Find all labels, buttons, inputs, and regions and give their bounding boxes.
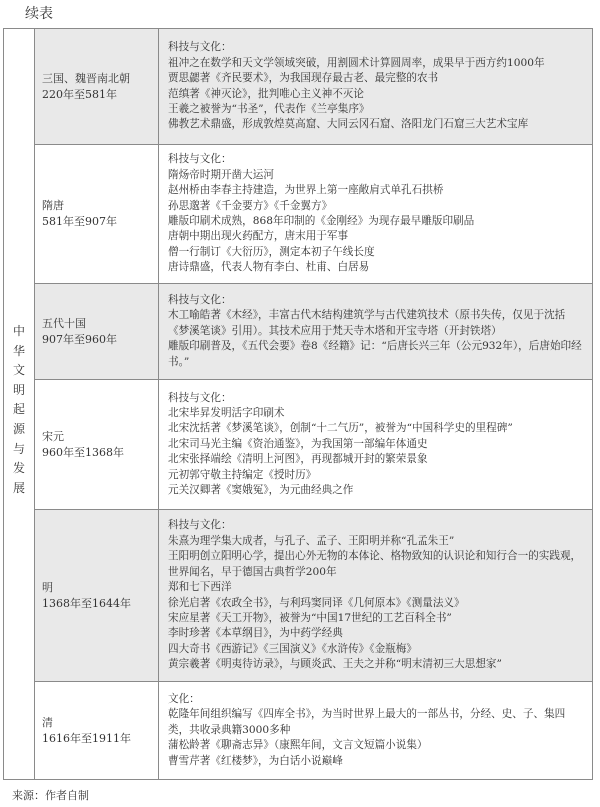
- detail-heading: 科技与文化：: [168, 391, 586, 406]
- detail-heading: 科技与文化：: [168, 293, 586, 308]
- detail-item: 木工喻皓著《木经》，丰富古代木结构建筑学与古代建筑技术（原书失传，仅见于沈括《梦…: [168, 308, 586, 339]
- detail-item: 元初郭守敬主持编定《授时历》: [168, 468, 586, 483]
- table-row: 五代十国 907年至960年 科技与文化： 木工喻皓著《木经》，丰富古代木结构建…: [35, 284, 592, 380]
- period-name: 三国、魏晋南北朝: [42, 71, 158, 87]
- period-cell: 宋元 960年至1368年: [35, 380, 159, 509]
- side-char: 展: [4, 479, 34, 499]
- side-label: 中 华 文 明 起 源 与 发 展: [4, 322, 34, 498]
- table-row: 三国、魏晋南北朝 220年至581年 科技与文化： 祖冲之在数学和天文学领域突破…: [35, 29, 592, 145]
- detail-item: 僧一行制订《大衍历》，测定本初子午线长度: [168, 245, 586, 260]
- detail-item: 四大奇书《西游记》《三国演义》《水浒传》《金瓶梅》: [168, 642, 586, 657]
- side-char: 与: [4, 440, 34, 460]
- detail-heading: 文化：: [168, 692, 586, 707]
- detail-item: 孙思邈著《千金要方》《千金翼方》: [168, 199, 586, 214]
- detail-heading: 科技与文化：: [168, 152, 586, 167]
- detail-item: 乾隆年间组织编写《四库全书》，为当时世界上最大的一部丛书，分经、史、子、集四类，…: [168, 707, 586, 738]
- period-years: 960年至1368年: [42, 445, 158, 461]
- period-name: 清: [42, 715, 158, 731]
- table-row: 隋唐 581年至907年 科技与文化： 隋炀帝时期开凿大运河 赵州桥由李春主持建…: [35, 145, 592, 284]
- period-name: 五代十国: [42, 316, 158, 332]
- detail-item: 北宋沈括著《梦溪笔谈》，创制“十二气历”，被誉为“中国科学史的里程碑”: [168, 421, 586, 436]
- detail-item: 唐朝中期出现火药配方，唐末用于军事: [168, 229, 586, 244]
- side-char: 发: [4, 459, 34, 479]
- detail-item: 王羲之被誉为“书圣”，代表作《兰亭集序》: [168, 102, 586, 117]
- side-char: 文: [4, 361, 34, 381]
- detail-cell: 科技与文化： 祖冲之在数学和天文学领域突破，用割圆术计算圆周率，成果早于西方约1…: [159, 29, 592, 144]
- period-cell: 明 1368年至1644年: [35, 510, 159, 681]
- detail-heading: 科技与文化：: [168, 518, 586, 533]
- detail-item: 隋炀帝时期开凿大运河: [168, 168, 586, 183]
- detail-cell: 科技与文化： 木工喻皓著《木经》，丰富古代木结构建筑学与古代建筑技术（原书失传，…: [159, 284, 592, 379]
- detail-cell: 科技与文化： 隋炀帝时期开凿大运河 赵州桥由李春主持建造，为世界上第一座敞肩式单…: [159, 145, 592, 283]
- period-cell: 五代十国 907年至960年: [35, 284, 159, 379]
- table-caption: 续表: [25, 3, 53, 23]
- period-cell: 清 1616年至1911年: [35, 682, 159, 779]
- detail-item: 雕版印刷普及，《五代会要》卷8《经籍》记：“后唐长兴三年（公元932年），后唐始…: [168, 339, 586, 370]
- table-row: 清 1616年至1911年 文化： 乾隆年间组织编写《四库全书》，为当时世界上最…: [35, 682, 592, 779]
- detail-item: 朱熹为理学集大成者，与孔子、孟子、王阳明并称“孔孟朱王”: [168, 534, 586, 549]
- detail-item: 李时珍著《本草纲目》，为中药学经典: [168, 626, 586, 641]
- detail-item: 黄宗羲著《明夷待访录》，与顾炎武、王夫之并称“明末清初三大思想家”: [168, 657, 586, 672]
- detail-item: 元关汉卿著《窦娥冤》，为元曲经典之作: [168, 483, 586, 498]
- period-years: 1368年至1644年: [42, 596, 158, 612]
- detail-item: 郑和七下西洋: [168, 580, 586, 595]
- detail-item: 曹雪芹著《红楼梦》，为白话小说巅峰: [168, 754, 586, 769]
- detail-item: 宋应星著《天工开物》，被誉为“中国17世纪的工艺百科全书”: [168, 611, 586, 626]
- detail-heading: 科技与文化：: [168, 40, 586, 55]
- detail-item: 北宋张择端绘《清明上河图》，再现都城开封的繁荣景象: [168, 452, 586, 467]
- period-years: 220年至581年: [42, 87, 158, 103]
- period-years: 581年至907年: [42, 214, 158, 230]
- detail-item: 雕版印刷术成熟，868年印制的《金刚经》为现存最早雕版印刷品: [168, 214, 586, 229]
- detail-item: 徐光启著《农政全书》，与利玛窦同译《几何原本》《测量法义》: [168, 596, 586, 611]
- detail-item: 贾思勰著《齐民要术》，为我国现存最古老、最完整的农书: [168, 71, 586, 86]
- side-char: 源: [4, 420, 34, 440]
- table-row: 宋元 960年至1368年 科技与文化： 北宋毕昇发明活字印刷术 北宋沈括著《梦…: [35, 380, 592, 510]
- detail-item: 蒲松龄著《聊斋志异》（康熙年间，文言文短篇小说集）: [168, 738, 586, 753]
- period-cell: 三国、魏晋南北朝 220年至581年: [35, 29, 159, 144]
- source-note: 来源：作者自制: [12, 787, 89, 803]
- table-row: 明 1368年至1644年 科技与文化： 朱熹为理学集大成者，与孔子、孟子、王阳…: [35, 510, 592, 682]
- detail-cell: 科技与文化： 朱熹为理学集大成者，与孔子、孟子、王阳明并称“孔孟朱王” 王阳明创…: [159, 510, 592, 681]
- period-cell: 隋唐 581年至907年: [35, 145, 159, 283]
- period-name: 明: [42, 580, 158, 596]
- side-char: 中: [4, 322, 34, 342]
- detail-cell: 科技与文化： 北宋毕昇发明活字印刷术 北宋沈括著《梦溪笔谈》，创制“十二气历”，…: [159, 380, 592, 509]
- detail-item: 佛教艺术鼎盛，形成敦煌莫高窟、大同云冈石窟、洛阳龙门石窟三大艺术宝库: [168, 117, 586, 132]
- detail-item: 赵州桥由李春主持建造，为世界上第一座敞肩式单孔石拱桥: [168, 183, 586, 198]
- detail-item: 北宋司马光主编《资治通鉴》，为我国第一部编年体通史: [168, 437, 586, 452]
- period-years: 907年至960年: [42, 332, 158, 348]
- detail-item: 王阳明创立阳明心学，提出心外无物的本体论、格物致知的认识论和知行合一的实践观，世…: [168, 549, 586, 580]
- side-char: 起: [4, 400, 34, 420]
- detail-item: 范缜著《神灭论》，批判唯心主义神不灭论: [168, 87, 586, 102]
- side-char: 明: [4, 381, 34, 401]
- side-char: 华: [4, 342, 34, 362]
- detail-item: 北宋毕昇发明活字印刷术: [168, 406, 586, 421]
- detail-cell: 文化： 乾隆年间组织编写《四库全书》，为当时世界上最大的一部丛书，分经、史、子、…: [159, 682, 592, 779]
- detail-item: 祖冲之在数学和天文学领域突破，用割圆术计算圆周率，成果早于西方约1000年: [168, 56, 586, 71]
- period-years: 1616年至1911年: [42, 731, 158, 747]
- period-name: 隋唐: [42, 198, 158, 214]
- period-name: 宋元: [42, 429, 158, 445]
- detail-item: 唐诗鼎盛，代表人物有李白、杜甫、白居易: [168, 260, 586, 275]
- side-label-cell: 中 华 文 明 起 源 与 发 展: [4, 29, 35, 779]
- history-table: 中 华 文 明 起 源 与 发 展 三国、魏晋南北朝 220年至581年 科技与…: [3, 28, 593, 780]
